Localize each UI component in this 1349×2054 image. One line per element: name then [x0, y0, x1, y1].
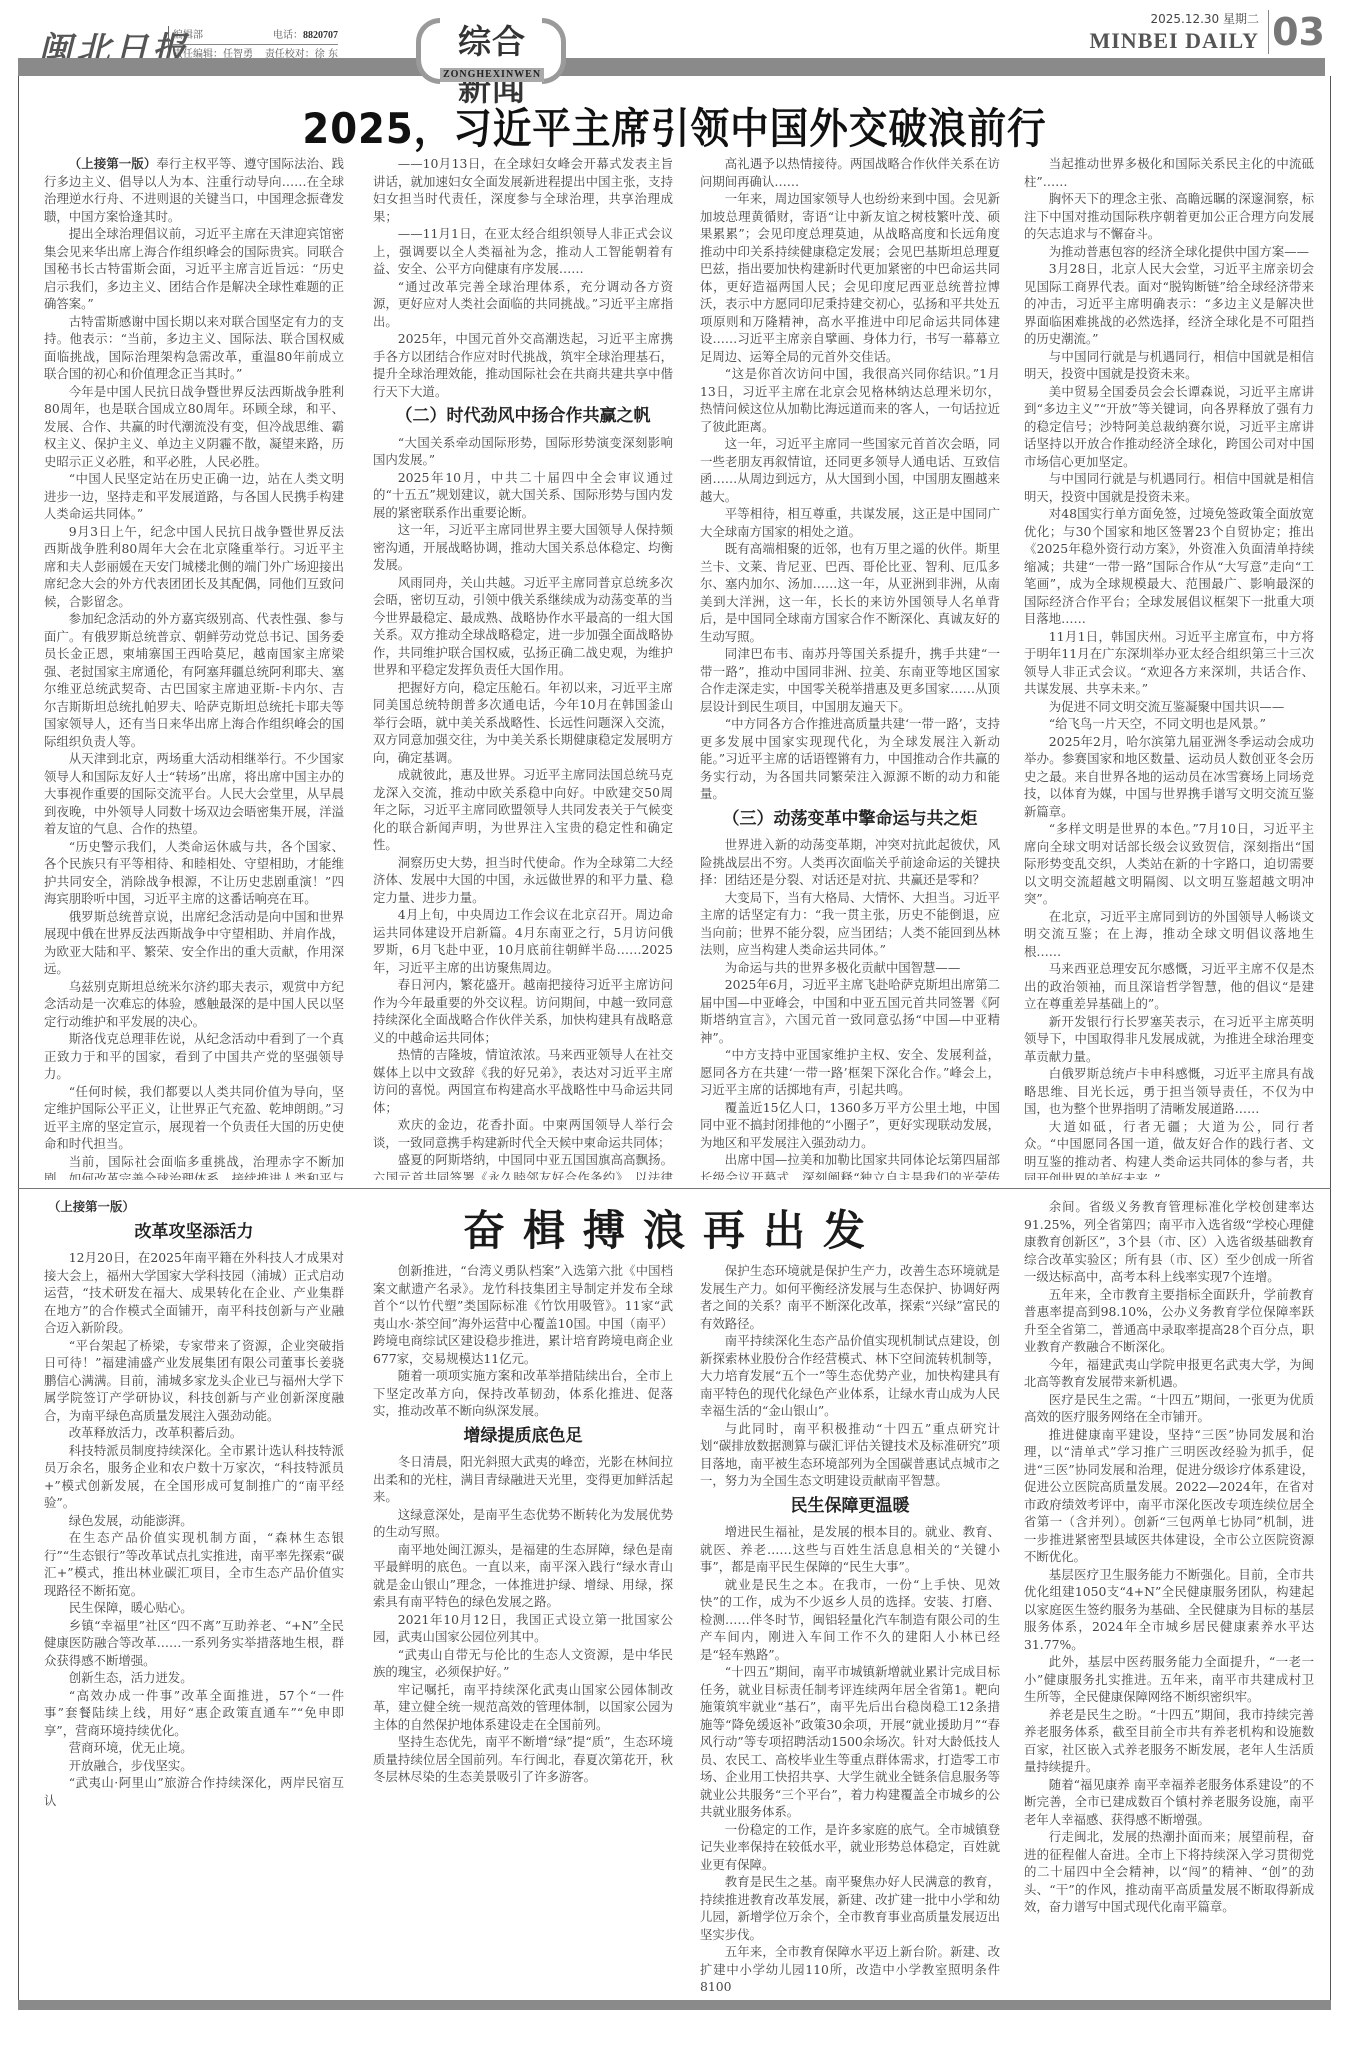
paragraph: 新开发银行行长罗塞芙表示，在习近平主席英明领导下，中国取得非凡发展成就，为推进全… [1024, 1013, 1314, 1066]
article-divider [18, 1188, 1331, 1189]
paragraph: 为促进不同文明交流互鉴凝聚中国共识—— [1024, 698, 1314, 716]
masthead-bar-right [558, 58, 1325, 76]
paragraph: 把握好方向，稳定压舱石。年初以来，习近平主席同美国总统特朗普多次通电话，今年10… [373, 679, 673, 767]
paragraph: 五年来，全市教育保障水平迈上新台阶。新建、改扩建中小学幼儿园110所，改造中小学… [700, 1943, 1000, 1993]
paragraph: 民生保障，暖心贴心。 [44, 1599, 344, 1617]
paragraph: 与中国同行就是与机遇同行，相信中国就是相信明天，投资中国就是投资未来。 [1024, 348, 1314, 383]
paragraph: ——10月13日，在全球妇女峰会开幕式发表主旨讲话，就加速妇女全面发展新进程提出… [373, 155, 673, 225]
paragraph: 这绿意深处，是南平生态优势不断转化为发展优势的生动写照。 [373, 1506, 673, 1541]
article1-headline: 2025，习近平主席引领中国外交破浪前行 [71, 96, 1279, 156]
paragraph: “多样文明是世界的本色。”7月10日，习近平主席向全球文明对话部长级会议致贺信，… [1024, 820, 1314, 908]
paragraph: “十四五”期间，南平市城镇新增就业累计完成目标任务，就业目标责任制考评连续两年居… [700, 1663, 1000, 1821]
paragraph: 2025年6月，习近平主席飞赴哈萨克斯坦出席第二届中国—中亚峰会，中国和中亚五国… [700, 976, 1000, 1046]
paragraph: “中国人民坚定站在历史正确一边，站在人类文明进步一边，坚持走和平发展道路，与各国… [44, 470, 344, 523]
masthead: 闽北日报 编辑部 电话：8820707 责任编辑：任智勇 责任校对：徐 东 综合… [18, 0, 1331, 80]
issue-date: 2025.12.30 星期二 [1150, 10, 1259, 27]
newspaper-page: 闽北日报 编辑部 电话：8820707 责任编辑：任智勇 责任校对：徐 东 综合… [18, 0, 1331, 2010]
paragraph: 养老是民生之盼。“十四五”期间，我市持续完善养老服务体系，截至目前全市共有养老机… [1024, 1706, 1314, 1776]
paragraph: 南平地处闽江源头，是福建的生态屏障，绿色是南平最鲜明的底色。一直以来，南平深入践… [373, 1541, 673, 1611]
article2-column-3: 保护生态环境就是保护生产力，改善生态环境就是发展生产力。如何平衡经济发展与生态保… [700, 1262, 1000, 1993]
paragraph: 这一年，习近平主席同一些国家元首首次会晤，同一些老朋友再叙情谊，还同更多领导人通… [700, 435, 1000, 505]
paragraph: 胸怀天下的理念主张、高瞻远瞩的深邃洞察，标注下中国对推动国际秩序朝着更加公正合理… [1024, 190, 1314, 243]
page-number-divider [1268, 10, 1269, 54]
paragraph: 绿色发展，动能澎湃。 [44, 1512, 344, 1530]
paragraph: “高效办成一件事”改革全面推进，57个“一件事”套餐陆续上线，用好“惠企政策直通… [44, 1687, 344, 1740]
paragraph: 美中贸易全国委员会会长谭森说，习近平主席讲到“多边主义”“开放”等关键词，向各界… [1024, 383, 1314, 471]
paragraph: “武夷山·阿里山”旅游合作持续深化，两岸民宿互认 [44, 1774, 344, 1809]
paragraph: 洞察历史大势，担当时代使命。作为全球第二大经济体、发展中大国的中国，永远做世界的… [373, 854, 673, 907]
paragraph: “平台架起了桥梁，专家带来了资源，企业突破指日可待！”福建浦盛产业发展集团有限公… [44, 1337, 344, 1425]
paragraph: 基层医疗卫生服务能力不断强化。目前，全市共优化组建1050支“4+N”全民健康服… [1024, 1566, 1314, 1654]
paragraph: “历史警示我们，人类命运休戚与共，各个国家、各个民族只有平等相待、和睦相处、守望… [44, 838, 344, 908]
paragraph: 为推动普惠包容的经济全球化提供中国方案—— [1024, 243, 1314, 261]
article2-column-4: 余间。省级义务教育管理标准化学校创建率达91.25%，列全省第四；南平市入选省级… [1024, 1198, 1314, 1993]
paragraph: ——11月1日，在亚太经合组织领导人非正式会议上，强调要以全人类福祉为念，推动人… [373, 225, 673, 278]
paragraph: “中方同各方合作推进高质量共建‘一带一路’，支持更多发展中国家实现现代化，为全球… [700, 715, 1000, 803]
paragraph: 斯洛伐克总理菲佐说，从纪念活动中看到了一个真正致力于和平的国家，看到了中国共产党… [44, 1030, 344, 1083]
continued-from-label: （上接第一版） [69, 156, 157, 171]
subheading: 改革攻坚添活力 [44, 1224, 344, 1242]
paragraph: 营商环境，优无止境。 [44, 1739, 344, 1757]
paragraph: 大道如砥，行者无疆；大道为公，同行者众。“中国愿同各国一道，做友好合作的践行者、… [1024, 1118, 1314, 1181]
paragraph: 开放融合，步伐坚实。 [44, 1757, 344, 1775]
paragraph: 增进民生福祉，是发展的根本目的。就业、教育、就医、养老……这些与百姓生活息息相关… [700, 1523, 1000, 1576]
paragraph: “这是你首次访问中国，我很高兴同你结识。”1月13日，习近平主席在北京会见格林纳… [700, 365, 1000, 435]
paragraph: 出席中国—拉美和加勒比国家共同体论坛第四届部长级会议开幕式，深刻阐释“独立自主是… [700, 1151, 1000, 1180]
paragraph: 牢记嘱托，南平持续深化武夷山国家公园体制改革，建立健全统一规范高效的管理体制，以… [373, 1681, 673, 1734]
paragraph: 既有高端相聚的近邻，也有万里之遥的伙伴。斯里兰卡、文莱、肯尼亚、巴西、哥伦比亚、… [700, 540, 1000, 645]
paragraph: “给飞鸟一片天空，不同文明也是风景。” [1024, 715, 1314, 733]
dept-label: 编辑部 [173, 26, 203, 44]
article1-column-2: ——10月13日，在全球妇女峰会开幕式发表主旨讲话，就加速妇女全面发展新进程提出… [373, 155, 673, 1180]
paragraph: 教育是民生之基。南平聚焦办好人民满意的教育，持续推进教育改革发展，新建、改扩建一… [700, 1873, 1000, 1943]
paragraph: 参加纪念活动的外方嘉宾级别高、代表性强、参与面广。有俄罗斯总统普京、朝鲜劳动党总… [44, 610, 344, 750]
paragraph: 医疗是民生之需。“十四五”期间，一张更为优质高效的医疗服务网络在全市铺开。 [1024, 1391, 1314, 1426]
paragraph: 当前，国际社会面临多重挑战，治理赤字不断加剧。如何改革完善全球治理体系，接续推进… [44, 1153, 344, 1181]
article1-column-4: 当起推动世界多极化和国际关系民主化的中流砥柱”……胸怀天下的理念主张、高瞻远瞩的… [1024, 155, 1314, 1180]
paragraph: “武夷山自带无与伦比的生态人文资源，是中华民族的瑰宝，必须保护好。” [373, 1646, 673, 1681]
article1-column-3: 高礼遇予以热情接待。两国战略合作伙伴关系在访问期间再确认……一年来，周边国家领导… [700, 155, 1000, 1180]
paragraph: 12月20日，在2025年南平籍在外科技人才成果对接大会上，福州大学国家大学科技… [44, 1249, 344, 1337]
paragraph: 五年来，全市教育主要指标全面跃升，学前教育普惠率提高到98.10%，公办义务教育… [1024, 1286, 1314, 1356]
paragraph: 冬日清晨，阳光斜照大武夷的峰峦，光影在林间拉出柔和的光柱，满目青绿融进天光里，变… [373, 1453, 673, 1506]
article2-headline: 奋楫搏浪再出发 [358, 1198, 988, 1258]
paragraph: 平等相待，相互尊重，共谋发展，这正是中国同广大全球南方国家的相处之道。 [700, 505, 1000, 540]
paragraph: 2025年2月，哈尔滨第九届亚洲冬季运动会成功举办。参赛国家和地区数量、运动员人… [1024, 733, 1314, 821]
paragraph: 春日河内，繁花盛开。越南把接待习近平主席访问作为今年最重要的外交议程。访问期间，… [373, 976, 673, 1046]
paragraph: 欢庆的金边，花香扑面。中柬两国领导人举行会谈，一致同意携手构建新时代全天候中柬命… [373, 1116, 673, 1151]
paragraph: “大国关系牵动国际形势，国际形势演变深刻影响国内发展。” [373, 434, 673, 469]
paragraph: 3月28日，北京人民大会堂，习近平主席亲切会见国际工商界代表。面对“脱钩断链”给… [1024, 260, 1314, 348]
paragraph: 9月3日上午，纪念中国人民抗日战争暨世界反法西斯战争胜利80周年大会在北京隆重举… [44, 523, 344, 611]
paragraph: 与中国同行就是与机遇同行。相信中国就是相信明天，投资中国就是投资未来。 [1024, 470, 1314, 505]
paragraph: 与此同时，南平积极推动“十四五”重点研究计划“碳排放数据测算与碳汇评估关键技术及… [700, 1420, 1000, 1490]
paper-name-english: MINBEI DAILY [1089, 28, 1259, 54]
paragraph: 覆盖近15亿人口，1360多万平方公里土地，中国同中亚不搞封闭排他的“小圈子”，… [700, 1099, 1000, 1152]
paragraph: 坚持生态优先，南平不断增“绿”提“质”，生态环境质量持续位居全国前列。车行闽北，… [373, 1733, 673, 1786]
paragraph: 此外，基层中医药服务能力全面提升，“一老一小”健康服务扎实推进。五年来，南平市共… [1024, 1653, 1314, 1706]
article2-column-2: 创新推进，“台湾义勇队档案”入选第六批《中国档案文献遗产名录》。龙竹科技集团主导… [373, 1262, 673, 1993]
subheading: 民生保障更温暖 [700, 1498, 1000, 1516]
paragraph: 改革释放活力，改革积蓄后劲。 [44, 1424, 344, 1442]
paragraph: 2025年，中国元首外交高潮迭起，习近平主席携手各方以团结合作应对时代挑战，筑牢… [373, 330, 673, 400]
phone-label: 电话： [273, 30, 303, 41]
paragraph: 推进健康南平建设，坚持“三医”协同发展和治理，以“清单式”学习推广三明医改经验为… [1024, 1426, 1314, 1566]
subheading: 增绿提质底色足 [373, 1428, 673, 1446]
paragraph: 马来西亚总理安瓦尔感慨，习近平主席不仅是杰出的政治领袖，而且深谙哲学智慧，他的倡… [1024, 960, 1314, 1013]
paragraph: 大变局下，当有大格局、大情怀、大担当。习近平主席的话坚定有力：“我一贯主张，历史… [700, 889, 1000, 959]
paragraph: 从天津到北京，两场重大活动相继举行。不少国家领导人和国际友好人士“转场”出席，将… [44, 750, 344, 838]
paragraph: 2025年10月，中共二十届四中全会审议通过的“十五五”规划建议，就大国关系、国… [373, 469, 673, 522]
paragraph: 创新推进，“台湾义勇队档案”入选第六批《中国档案文献遗产名录》。龙竹科技集团主导… [373, 1262, 673, 1367]
paragraph: 盛夏的阿斯塔纳，中国同中亚五国国旗高高飘扬。六国元首共同签署《永久睦邻友好合作条… [373, 1151, 673, 1180]
paragraph: 世界进入新的动荡变革期，冲突对抗此起彼伏，风险挑战层出不穷。人类再次面临关乎前途… [700, 836, 1000, 889]
paragraph: 2021年10月12日，我国正式设立第一批国家公园，武夷山国家公园位列其中。 [373, 1611, 673, 1646]
paragraph: 11月1日，韩国庆州。习近平主席宣布，中方将于明年11月在广东深圳举办亚太经合组… [1024, 628, 1314, 698]
paragraph: 一年来，周边国家领导人也纷纷来到中国。会见新加坡总理黄循财，寄语“让中新友谊之树… [700, 190, 1000, 365]
paragraph: 科技特派员制度持续深化。全市累计选认科技特派员万余名，服务企业和农户数十万家次，… [44, 1442, 344, 1512]
paragraph: 古特雷斯感谢中国长期以来对联合国坚定有力的支持。他表示：“当前，多边主义、国际法… [44, 313, 344, 383]
paragraph: “通过改革完善全球治理体系，充分调动各方资源，更好应对人类社会面临的共同挑战。”… [373, 278, 673, 331]
paragraph: 行走闽北，发展的热潮扑面而来；展望前程，奋进的征程催人奋进。全市上下将持续深入学… [1024, 1828, 1314, 1916]
section-bracket-left-icon [416, 18, 440, 84]
paragraph: 白俄罗斯总统卢卡申科感慨，习近平主席具有战略思维、目光长远，勇于担当领导责任，不… [1024, 1065, 1314, 1118]
phone-number: 8820707 [303, 30, 338, 41]
paragraph: 俄罗斯总统普京说，出席纪念活动是向中国和世界展现中俄在世界反法西斯战争中守望相助… [44, 908, 344, 978]
article1-column-1: （上接第一版）奉行主权平等、遵守国际法治、践行多边主义、倡导以人为本、注重行动导… [44, 155, 344, 1180]
paragraph: 在生态产品价值实现机制方面，“森林生态银行”“生态银行”等改革试点扎实推进，南平… [44, 1529, 344, 1599]
paragraph: 随着“福见康养 南平幸福养老服务体系建设”的不断完善，全市已建成数百个镇村养老服… [1024, 1776, 1314, 1829]
page-number: 03 [1272, 10, 1325, 54]
paragraph: 为命运与共的世界多极化贡献中国智慧—— [700, 959, 1000, 977]
paragraph: 今年，福建武夷山学院申报更名武夷大学，为闽北高等教育发展带来新机遇。 [1024, 1356, 1314, 1391]
paragraph: 今年是中国人民抗日战争暨世界反法西斯战争胜利80周年，也是联合国成立80周年。环… [44, 383, 344, 471]
paragraph: 创新生态，活力迸发。 [44, 1669, 344, 1687]
paragraph: 这一年，习近平主席同世界主要大国领导人保持频密沟通，开展战略协调，推动大国关系总… [373, 521, 673, 574]
paragraph: 乌兹别克斯坦总统米尔济约耶夫表示，观赏中方纪念活动是一次难忘的体验，感触最深的是… [44, 978, 344, 1031]
paragraph: 风雨同舟，关山共越。习近平主席同普京总统多次会晤，密切互动，引领中俄关系继续成为… [373, 574, 673, 679]
paragraph: 余间。省级义务教育管理标准化学校创建率达91.25%，列全省第四；南平市入选省级… [1024, 1198, 1314, 1286]
paragraph: 同津巴布韦、南苏丹等国关系提升，携手共建“一带一路”，推动中国同非洲、拉美、东南… [700, 645, 1000, 715]
paragraph: 随着一项项实施方案和改革举措陆续出台，全市上下坚定改革方向，保持改革韧劲，体系化… [373, 1367, 673, 1420]
paragraph: （上接第一版）奉行主权平等、遵守国际法治、践行多边主义、倡导以人为本、注重行动导… [44, 155, 344, 225]
paragraph: 提出全球治理倡议前，习近平主席在天津迎宾馆密集会见来华出席上海合作组织峰会的国际… [44, 225, 344, 313]
paragraph: “中方支持中亚国家维护主权、安全、发展利益，愿同各方在共建‘一带一路’框架下深化… [700, 1046, 1000, 1099]
paragraph: 南平持续深化生态产品价值实现机制试点建设，创新探索林业股份合作经营模式、林下空间… [700, 1332, 1000, 1420]
paragraph: 热情的吉隆坡，情谊浓浓。马来西亚领导人在社交媒体上以中文致辞《我的好兄弟》，表达… [373, 1046, 673, 1116]
bottom-bar [18, 2000, 1331, 2010]
subheading: （三）动荡变革中擎命运与共之炬 [700, 811, 1000, 829]
paragraph: 一份稳定的工作，是许多家庭的底气。全市城镇登记失业率保持在较低水平，就业形势总体… [700, 1821, 1000, 1874]
paragraph: 高礼遇予以热情接待。两国战略合作伙伴关系在访问期间再确认…… [700, 155, 1000, 190]
subheading: （二）时代劲风中扬合作共赢之帆 [373, 408, 673, 426]
paragraph: 成就彼此，惠及世界。习近平主席同法国总统马克龙深入交流，推动中欧关系稳中向好。中… [373, 766, 673, 854]
masthead-bar-left [18, 58, 433, 76]
paragraph: 在北京，习近平主席同到访的外国领导人畅谈文明交流互鉴；在上海，推动全球文明倡议落… [1024, 908, 1314, 961]
paragraph: 保护生态环境就是保护生产力，改善生态环境就是发展生产力。如何平衡经济发展与生态保… [700, 1262, 1000, 1332]
paragraph: 乡镇“幸福里”社区“四不离”互助养老、“+N”全民健康医防融合等改革……一系列务… [44, 1617, 344, 1670]
paragraph: 对48国实行单方面免签，过境免签政策全面放宽优化；与30个国家和地区签署23个自… [1024, 505, 1314, 628]
article2-column-1: （上接第一版）改革攻坚添活力12月20日，在2025年南平籍在外科技人才成果对接… [44, 1198, 344, 1993]
paragraph: 当起推动世界多极化和国际关系民主化的中流砥柱”…… [1024, 155, 1314, 190]
continued-from-label: （上接第一版） [48, 1198, 344, 1216]
paragraph: “任何时候，我们都要以人类共同价值为导向，坚定维护国际公平正义，让世界正气充盈、… [44, 1083, 344, 1153]
paragraph: 就业是民生之本。在我市，一份“上手快、见效快”的工作，成为不少返乡人员的选择。安… [700, 1576, 1000, 1664]
paragraph: 4月上旬，中央周边工作会议在北京召开。周边命运共同体建设开启新篇。4月东南亚之行… [373, 906, 673, 976]
